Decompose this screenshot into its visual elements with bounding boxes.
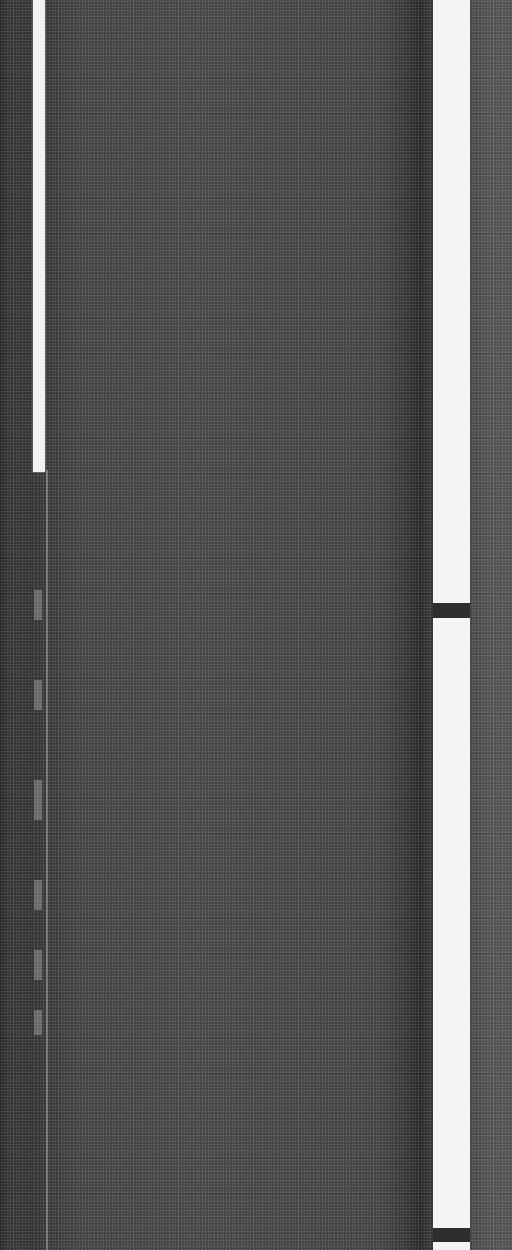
worn-line-remnant <box>34 1010 42 1035</box>
right-lane-line-segment <box>433 618 470 1228</box>
right-lane-line-gap <box>433 1228 470 1242</box>
worn-line-remnant <box>34 950 42 980</box>
worn-line-remnant <box>34 880 42 910</box>
worn-line-remnant <box>34 780 42 820</box>
right-lane-line-segment <box>433 1242 470 1250</box>
right-lane-line-segment <box>433 0 470 603</box>
pavement-crack <box>46 470 48 1250</box>
right-lane-line-gap <box>433 603 470 618</box>
left-edge-line <box>33 0 45 472</box>
worn-line-remnant <box>34 590 42 620</box>
road-surface-photo <box>0 0 512 1250</box>
worn-line-remnant <box>34 680 42 710</box>
